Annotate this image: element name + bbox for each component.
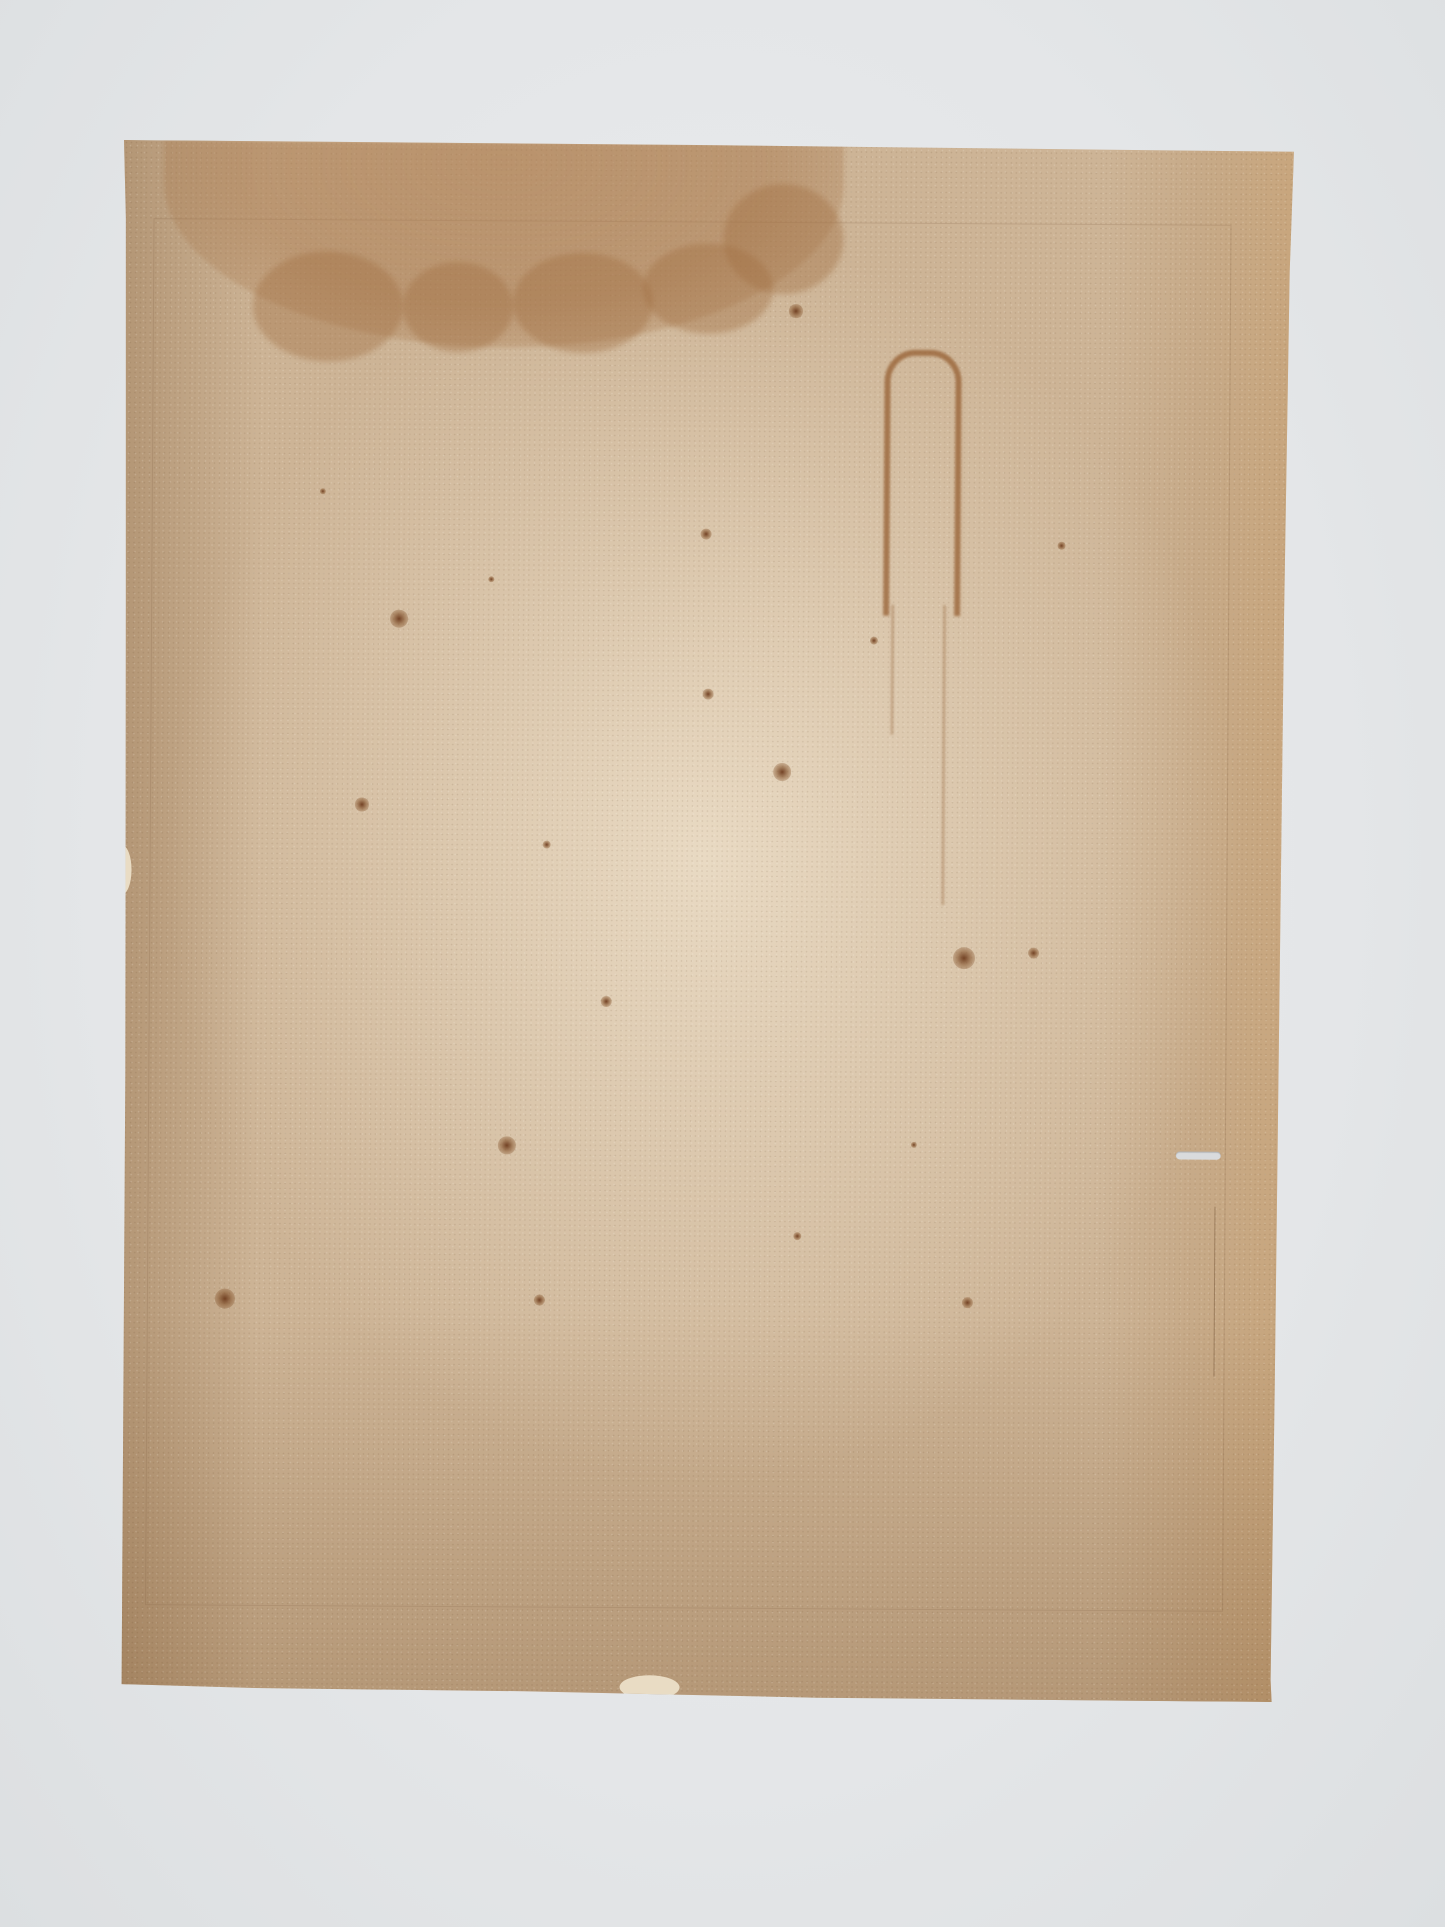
foxing-spot — [789, 304, 802, 317]
foxing-spot — [215, 1289, 235, 1309]
paper-slit — [1176, 1151, 1221, 1159]
tide-stain-lobe — [513, 252, 654, 353]
tide-stain-lobe — [723, 184, 844, 295]
foxing-spot — [961, 1297, 972, 1308]
foxing-spot — [533, 1294, 544, 1305]
foxing-spot — [355, 798, 368, 811]
tide-stain-lobe — [253, 251, 404, 362]
foxing-spot — [702, 688, 713, 699]
tide-stain-lobe — [403, 262, 514, 353]
aged-paper-sheet — [115, 140, 1294, 1702]
foxing-spot — [700, 528, 711, 539]
drip-stain — [883, 350, 962, 616]
foxing-spot — [600, 995, 611, 1006]
plate-mark — [145, 218, 1231, 1612]
foxing-spot — [1028, 947, 1039, 958]
foxing-spot — [773, 763, 791, 781]
foxing-spot — [390, 610, 408, 628]
foxing-spot — [498, 1136, 516, 1154]
foxing-spot — [953, 947, 975, 969]
